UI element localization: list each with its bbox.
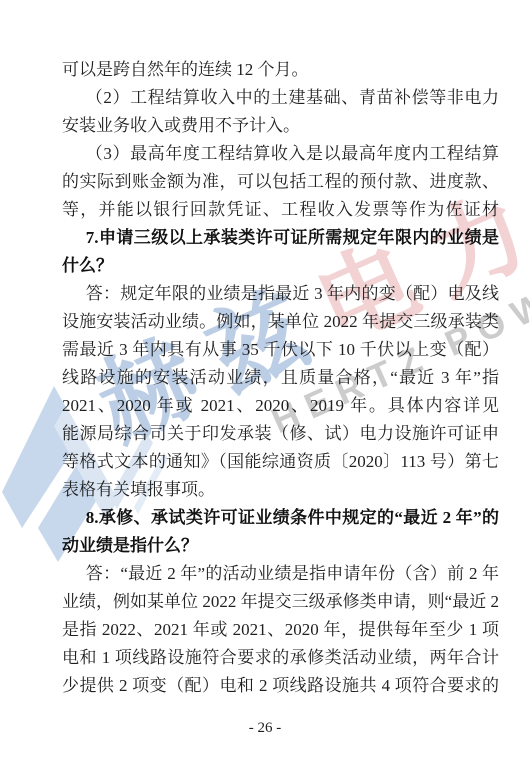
text-line: 等格式文本的通知》（国能综通资质〔2020〕113 号）第七项 xyxy=(62,448,499,476)
question-8-heading: 8.承修、承试类许可证业绩条件中规定的“最近 2 年”的活 xyxy=(62,504,499,532)
text-line: 可以是跨自然年的连续 12 个月。 xyxy=(62,56,499,84)
document-page: 赫兹电力 HERTZ POWER 可以是跨自然年的连续 12 个月。 （2）工程… xyxy=(0,0,530,767)
text-line: 答：“最近 2 年”的活动业绩是指申请年份（含）前 2 年的 xyxy=(62,560,499,588)
text-line: 少提供 2 项变（配）电和 2 项线路设施共 4 项符合要求的承修 xyxy=(62,672,499,700)
document-body: 可以是跨自然年的连续 12 个月。 （2）工程结算收入中的土建基础、青苗补偿等非… xyxy=(62,56,499,700)
text-line: 的实际到账金额为准，可以包括工程的预付款、进度款、尾款 xyxy=(62,168,499,196)
question-7-heading-cont: 什么？ xyxy=(62,252,499,280)
text-line: 2021、2020 年或 2021、2020、2019 年。具体内容详见《国家 xyxy=(62,392,499,420)
text-line: 电和 1 项线路设施符合要求的承修类活动业绩，两年合计则至 xyxy=(62,644,499,672)
text-line: 答：规定年限的业绩是指最近 3 年内的变（配）电及线路 xyxy=(62,280,499,308)
text-line: 表格有关填报事项。 xyxy=(62,476,499,504)
text-line: 线路设施的安装活动业绩，且质量合格，“最近 3 年”指 2022、 xyxy=(62,364,499,392)
text-line: 是指 2022、2021 年或 2021、2020 年，提供每年至少 1 项变（… xyxy=(62,616,499,644)
text-line: （3）最高年度工程结算收入是以最高年度内工程结算收入 xyxy=(62,140,499,168)
text-line: 需最近 3 年内具有从事 35 千伏以下 10 千伏以上变（配）电及 xyxy=(62,336,499,364)
text-line: 能源局综合司关于印发承装（修、试）电力设施许可证申请表 xyxy=(62,420,499,448)
text-line: 等，并能以银行回款凭证、工程收入发票等作为佐证材料。 xyxy=(62,196,499,224)
question-7-heading: 7.申请三级以上承装类许可证所需规定年限内的业绩是指 xyxy=(62,224,499,252)
text-line: 安装业务收入或费用不予计入。 xyxy=(62,112,499,140)
text-line: （2）工程结算收入中的土建基础、青苗补偿等非电力设施 xyxy=(62,84,499,112)
page-number: - 26 - xyxy=(0,720,530,737)
text-line: 业绩，例如某单位 2022 年提交三级承修类申请，则“最近 2 年” xyxy=(62,588,499,616)
question-8-heading-cont: 动业绩是指什么？ xyxy=(62,532,499,560)
text-line: 设施安装活动业绩。例如，某单位 2022 年提交三级承装类申请， xyxy=(62,308,499,336)
